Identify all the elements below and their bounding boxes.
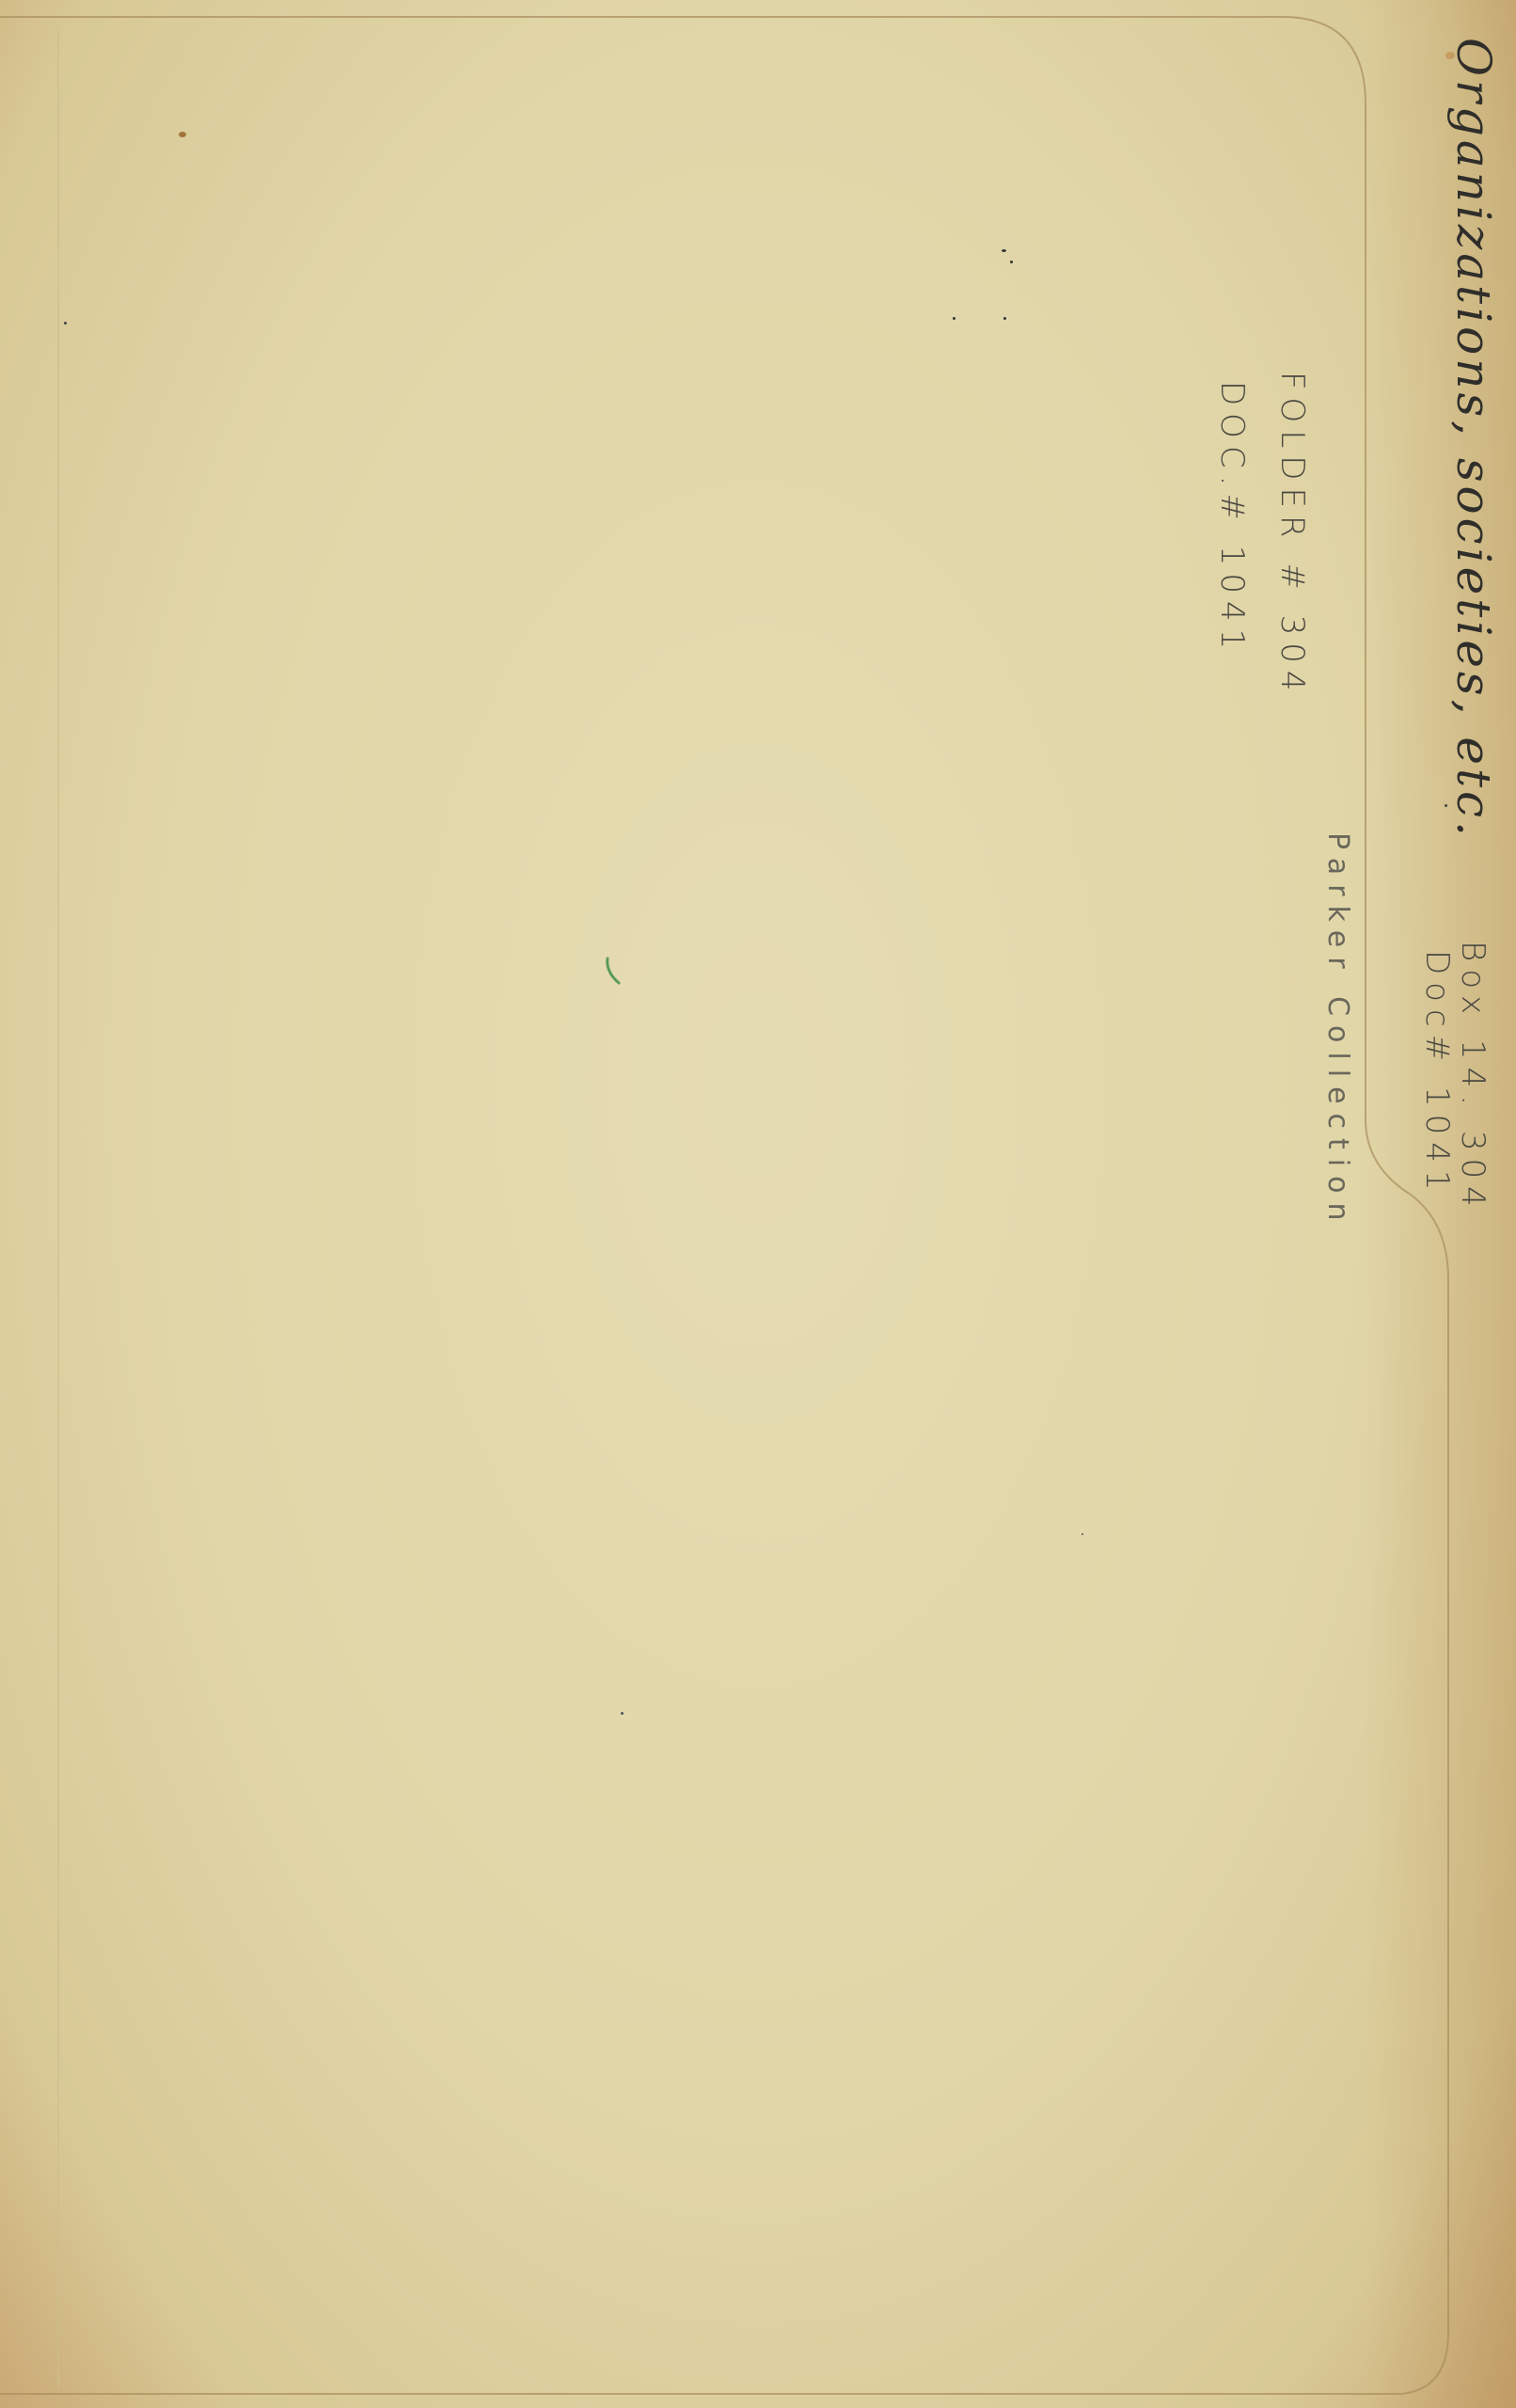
folder-number-note: FOLDER # 304 xyxy=(1273,372,1311,699)
ink-dot xyxy=(1082,1533,1083,1535)
ink-dot xyxy=(621,1712,624,1715)
box-number-note: Box 14. 304 xyxy=(1454,941,1492,1214)
ink-dot xyxy=(1002,249,1006,252)
ink-dot xyxy=(64,322,67,325)
collection-note: Parker Collection xyxy=(1321,832,1354,1229)
stain-speck xyxy=(179,132,186,137)
ink-dot xyxy=(1010,261,1013,263)
ink-dot xyxy=(953,317,955,320)
tab-label: Organizations, societies, etc. xyxy=(1446,38,1501,840)
folder-doc-number-note: DOC.# 1041 xyxy=(1213,381,1251,657)
folder-edge-lines xyxy=(0,0,1516,2408)
stain-speck xyxy=(1445,52,1455,59)
folder-front: Organizations, societies, etc. Box 14. 3… xyxy=(0,0,1516,2408)
ink-dot xyxy=(1445,804,1447,807)
doc-number-note: Doc# 1041 xyxy=(1418,950,1456,1198)
green-pencil-mark xyxy=(602,955,630,992)
ink-dot xyxy=(1003,317,1006,320)
